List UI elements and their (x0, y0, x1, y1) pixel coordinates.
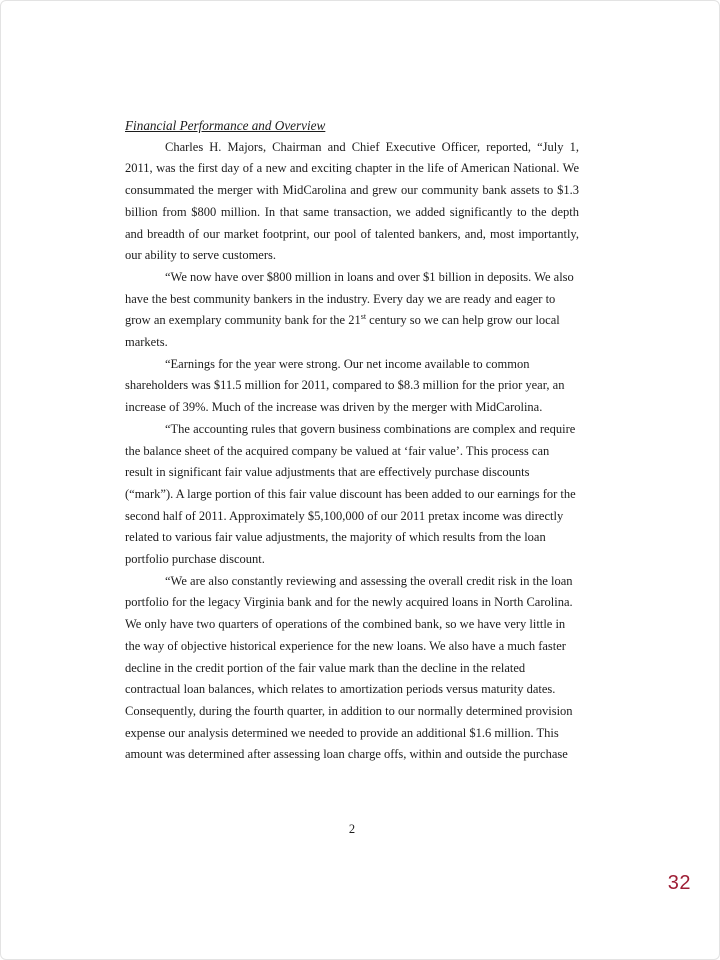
sheet-number: 32 (668, 873, 691, 893)
section-heading: Financial Performance and Overview (125, 115, 579, 137)
paragraph-run: Charles H. Majors, Chairman and Chief Ex… (125, 140, 579, 263)
page-number: 2 (125, 822, 579, 837)
paragraph: Charles H. Majors, Chairman and Chief Ex… (125, 137, 579, 267)
paragraph: “We are also constantly reviewing and as… (125, 571, 579, 766)
paragraph: “Earnings for the year were strong. Our … (125, 354, 579, 419)
paragraph-run: “We are also constantly reviewing and as… (125, 574, 573, 762)
paragraph-run: “Earnings for the year were strong. Our … (125, 357, 564, 414)
paragraph: “The accounting rules that govern busine… (125, 419, 579, 571)
document-page: Financial Performance and Overview Charl… (0, 0, 720, 960)
paragraph-run: “The accounting rules that govern busine… (125, 422, 576, 566)
paragraph: “We now have over $800 million in loans … (125, 267, 579, 354)
document-body: Financial Performance and Overview Charl… (125, 115, 579, 766)
